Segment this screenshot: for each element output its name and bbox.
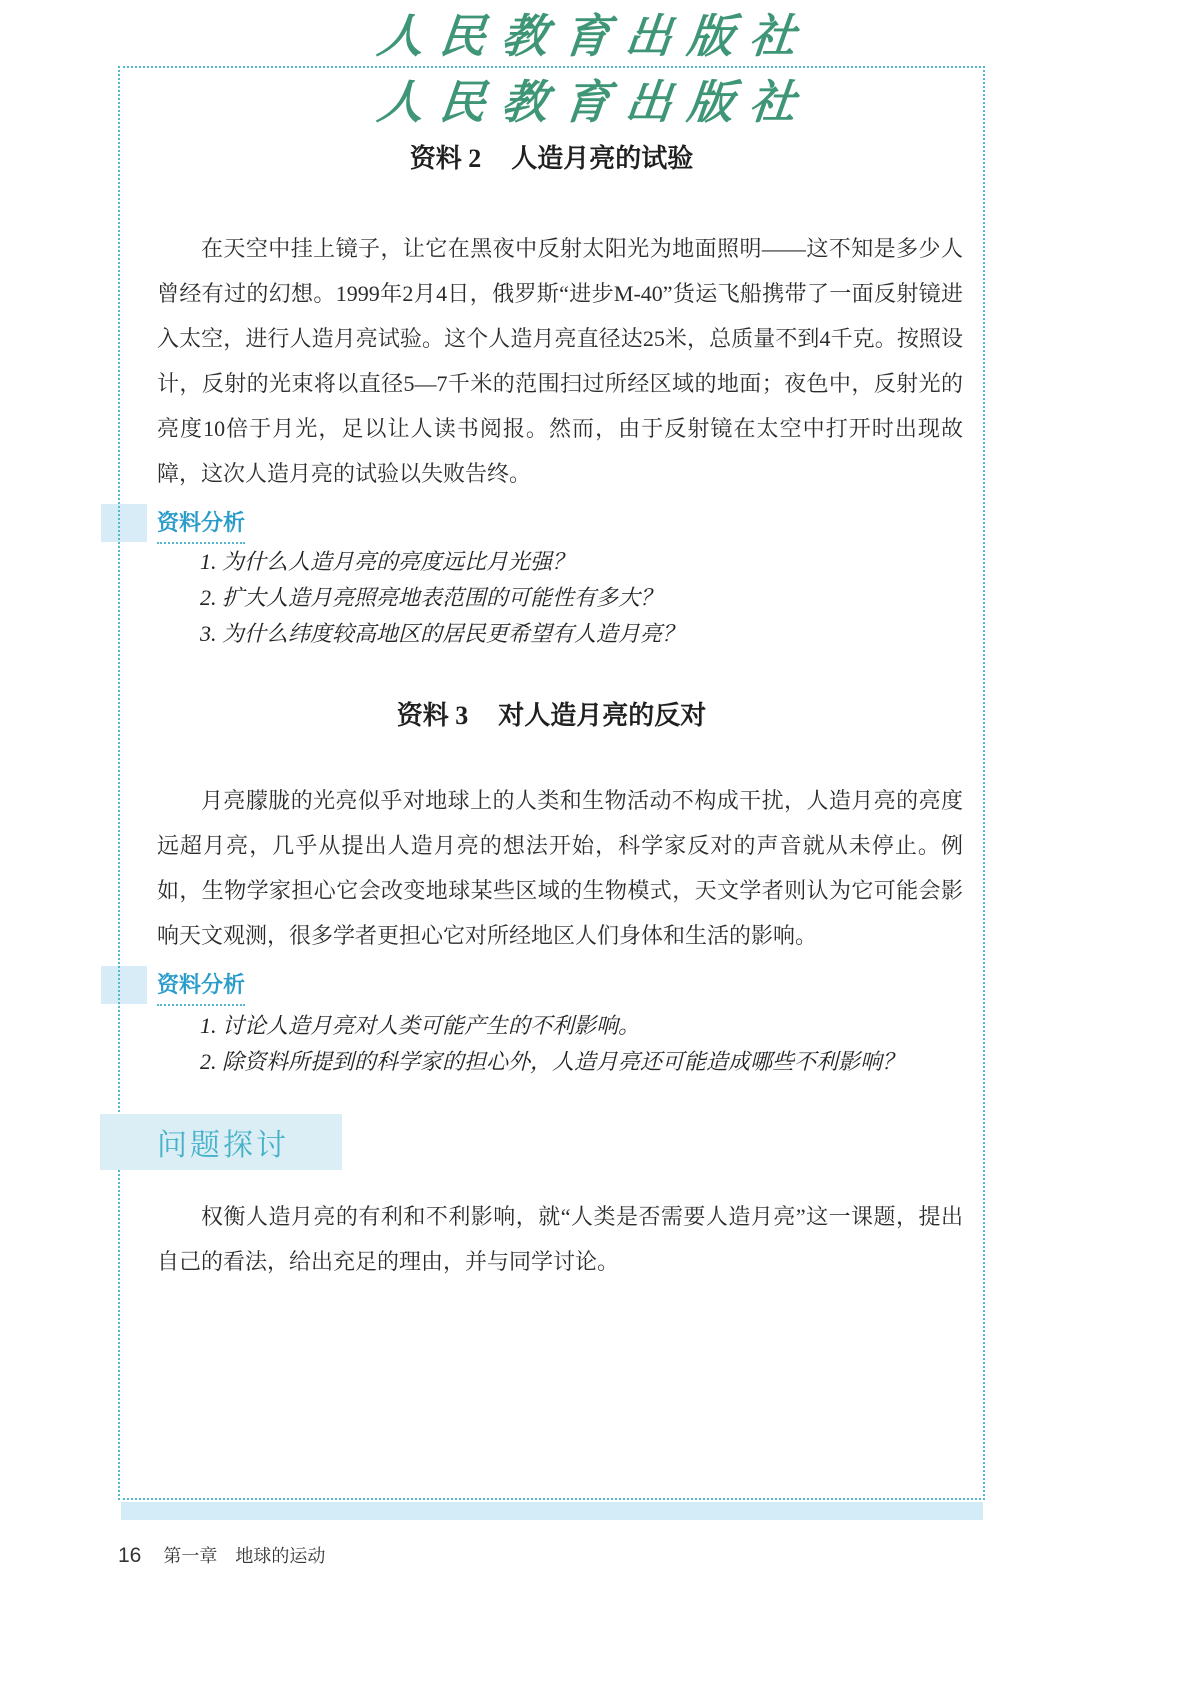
question-item: 2. 扩大人造月亮照亮地表范围的可能性有多大？ (200, 580, 684, 616)
footer-page-number: 16 (118, 1544, 141, 1568)
question-item: 1. 讨论人造月亮对人类可能产生的不利影响。 (200, 1008, 904, 1044)
discussion-paragraph: 权衡人造月亮的有利和不利影响，就“人类是否需要人造月亮”这一课题，提出自己的看法… (157, 1194, 963, 1284)
content-border-box: 资料 2人造月亮的试验 在天空中挂上镜子，让它在黑夜中反射太阳光为地面照明——这… (118, 66, 985, 1500)
discussion-banner-title: 问题探讨 (100, 1120, 289, 1164)
section3-paragraph: 月亮朦胧的光亮似乎对地球上的人类和生物活动不构成干扰，人造月亮的亮度远超月亮，几… (157, 778, 963, 958)
section3-title-text: 对人造月亮的反对 (498, 701, 706, 730)
section2-title: 资料 2人造月亮的试验 (120, 138, 983, 175)
publisher-logo-bottom: 人民教育出版社 (0, 66, 1190, 132)
section2-label: 资料 2 (410, 144, 482, 173)
bottom-accent-strip (121, 1502, 983, 1520)
analysis-label: 资料分析 (157, 506, 245, 544)
question-item: 3. 为什么纬度较高地区的居民更希望有人造月亮？ (200, 616, 684, 652)
section2-question-list: 1. 为什么人造月亮的亮度远比月光强？ 2. 扩大人造月亮照亮地表范围的可能性有… (200, 544, 684, 652)
page-footer: 16 第一章 地球的运动 (118, 1542, 325, 1568)
discussion-banner: 问题探讨 (100, 1114, 342, 1170)
textbook-page: 人民教育出版社 资料 2人造月亮的试验 在天空中挂上镜子，让它在黑夜中反射太阳光… (0, 0, 1190, 1683)
section2-title-text: 人造月亮的试验 (511, 144, 693, 173)
question-item: 2. 除资料所提到的科学家的担心外，人造月亮还可能造成哪些不利影响？ (200, 1044, 904, 1080)
section3-title: 资料 3对人造月亮的反对 (120, 695, 983, 732)
section3-label: 资料 3 (397, 701, 469, 730)
publisher-logo-top: 人民教育出版社 (0, 0, 1190, 66)
section2-paragraph: 在天空中挂上镜子，让它在黑夜中反射太阳光为地面照明——这不知是多少人曾经有过的幻… (157, 226, 963, 496)
analysis-label: 资料分析 (157, 968, 245, 1006)
section3-question-list: 1. 讨论人造月亮对人类可能产生的不利影响。 2. 除资料所提到的科学家的担心外… (200, 1008, 904, 1080)
question-item: 1. 为什么人造月亮的亮度远比月光强？ (200, 544, 684, 580)
analysis-heading-1: 资料分析 (157, 506, 245, 544)
footer-chapter-title: 第一章 地球的运动 (163, 1542, 325, 1568)
analysis-heading-2: 资料分析 (157, 968, 245, 1006)
